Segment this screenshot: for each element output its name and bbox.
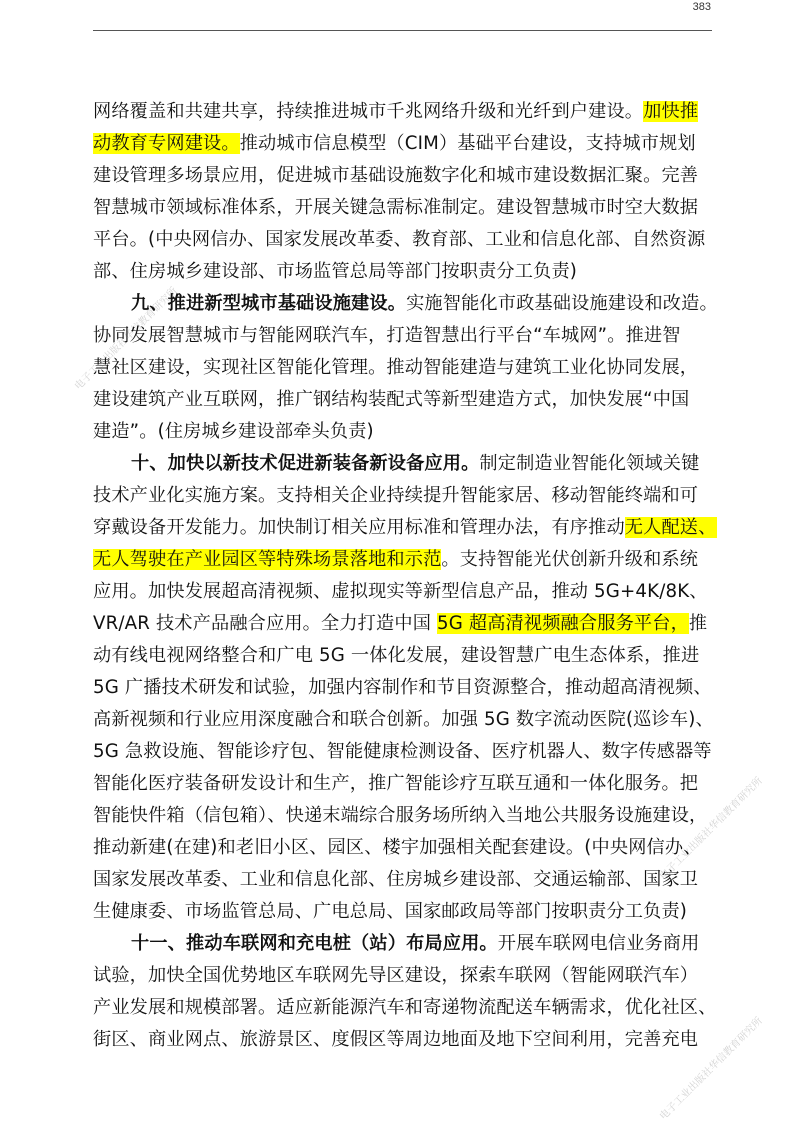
text-line: 动教育专网建设。推动城市信息模型（CIM）基础平台建设，支持城市规划 [93, 128, 717, 160]
text-line: 产业发展和规模部署。适应新能源汽车和寄递物流配送车辆需求，优化社区、 [93, 992, 717, 1024]
text-line: VR/AR 技术产品融合应用。全力打造中国 5G 超高清视频融合服务平台，推 [93, 608, 717, 640]
body-text: 高新视频和行业应用深度融合和联合创新。加强 5G 数字流动医院(巡诊车)、 [93, 709, 714, 730]
text-line: 推动新建(在建)和老旧小区、园区、楼宇加强相关配套建设。(中央网信办、 [93, 832, 717, 864]
text-line: 国家发展改革委、工业和信息化部、住房城乡建设部、交通运输部、国家卫 [93, 864, 717, 896]
text-line: 建设管理多场景应用，促进城市基础设施数字化和城市建设数据汇聚。完善 [93, 160, 717, 192]
body-text: 5G 广播技术研发和试验，加强内容制作和节目资源整合，推动超高清视频、 [93, 677, 712, 698]
body-text: 应用。加快发展超高清视频、虚拟现实等新型信息产品，推动 5G+4K/8K、 [93, 581, 708, 602]
text-line: 穿戴设备开发能力。加快制订相关应用标准和管理办法，有序推动无人配送、 [93, 512, 717, 544]
section-heading: 十一、推动车联网和充电桩（站）布局应用。 [131, 933, 498, 954]
body-text: 实施智能化市政基础设施建设和改造。 [406, 293, 718, 314]
text-line: 协同发展智慧城市与智能网联汽车，打造智慧出行平台“车城网”。推进智 [93, 320, 717, 352]
body-text: 智能化医疗装备研发设计和生产，推广智能诊疗互联互通和一体化服务。把 [93, 773, 698, 794]
body-text: 街区、商业网点、旅游景区、度假区等周边地面及地下空间利用，完善充电 [93, 1029, 698, 1050]
text-line: 动有线电视网络整合和广电 5G 一体化发展，建设智慧广电生态体系，推进 [93, 640, 717, 672]
text-line: 网络覆盖和共建共享，持续推进城市千兆网络升级和光纤到户建设。加快推 [93, 96, 717, 128]
body-text: 生健康委、市场监管总局、广电总局、国家邮政局等部门按职责分工负责) [93, 901, 687, 922]
highlighted-text: 5G 超高清视频融合服务平台， [437, 613, 689, 634]
body-text: 建设建筑产业互联网，推广钢结构装配式等新型建造方式，加快发展“中国 [93, 389, 689, 410]
text-line: 十一、推动车联网和充电桩（站）布局应用。开展车联网电信业务商用 [93, 928, 717, 960]
highlighted-text: 无人配送、 [625, 517, 717, 538]
text-line: 试验，加快全国优势地区车联网先导区建设，探索车联网（智能网联汽车） [93, 960, 717, 992]
body-text: 。支持智能光伏创新升级和系统 [441, 549, 698, 570]
text-line: 建造”。(住房城乡建设部牵头负责) [93, 416, 717, 448]
text-line: 无人驾驶在产业园区等特殊场景落地和示范。支持智能光伏创新升级和系统 [93, 544, 717, 576]
body-text: 推动新建(在建)和老旧小区、园区、楼宇加强相关配套建设。(中央网信办、 [93, 837, 702, 858]
body-text: 试验，加快全国优势地区车联网先导区建设，探索车联网（智能网联汽车） [93, 965, 698, 986]
body-text: 动有线电视网络整合和广电 5G 一体化发展，建设智慧广电生态体系，推进 [93, 645, 699, 666]
body-text: 产业发展和规模部署。适应新能源汽车和寄递物流配送车辆需求，优化社区、 [93, 997, 716, 1018]
highlighted-text: 动教育专网建设。 [93, 133, 240, 154]
body-text: 慧社区建设，实现社区智能化管理。推动智能建造与建筑工业化协同发展， [93, 357, 698, 378]
text-line: 平台。(中央网信办、国家发展改革委、教育部、工业和信息化部、自然资源 [93, 224, 717, 256]
section-heading: 九、推进新型城市基础设施建设。 [131, 293, 406, 314]
text-line: 5G 广播技术研发和试验，加强内容制作和节目资源整合，推动超高清视频、 [93, 672, 717, 704]
body-text: 智能快件箱（信包箱）、快递末端综合服务场所纳入当地公共服务设施建设， [93, 805, 707, 826]
text-line: 智能快件箱（信包箱）、快递末端综合服务场所纳入当地公共服务设施建设， [93, 800, 717, 832]
text-line: 技术产业化实施方案。支持相关企业持续提升智能家居、移动智能终端和可 [93, 480, 717, 512]
body-text: 建造”。(住房城乡建设部牵头负责) [93, 421, 374, 442]
body-text: 协同发展智慧城市与智能网联汽车，打造智慧出行平台“车城网”。推进智 [93, 325, 681, 346]
text-line: 高新视频和行业应用深度融合和联合创新。加强 5G 数字流动医院(巡诊车)、 [93, 704, 717, 736]
text-line: 生健康委、市场监管总局、广电总局、国家邮政局等部门按职责分工负责) [93, 896, 717, 928]
body-text: 穿戴设备开发能力。加快制订相关应用标准和管理办法，有序推动 [93, 517, 625, 538]
text-line: 部、住房城乡建设部、市场监管总局等部门按职责分工负责) [93, 256, 717, 288]
highlighted-text: 加快推 [643, 101, 698, 122]
text-line: 5G 急救设施、智能诊疗包、智能健康检测设备、医疗机器人、数字传感器等 [93, 736, 717, 768]
body-text: 智慧城市领域标准体系，开展关键急需标准制定。建设智慧城市时空大数据 [93, 197, 698, 218]
body-text: VR/AR 技术产品融合应用。全力打造中国 [93, 613, 437, 634]
body-text: 推动城市信息模型（CIM）基础平台建设，支持城市规划 [240, 133, 696, 154]
body-text: 国家发展改革委、工业和信息化部、住房城乡建设部、交通运输部、国家卫 [93, 869, 698, 890]
text-line: 慧社区建设，实现社区智能化管理。推动智能建造与建筑工业化协同发展， [93, 352, 717, 384]
page-number: 383 [693, 1, 711, 13]
text-line: 建设建筑产业互联网，推广钢结构装配式等新型建造方式，加快发展“中国 [93, 384, 717, 416]
text-line: 九、推进新型城市基础设施建设。实施智能化市政基础设施建设和改造。 [93, 288, 717, 320]
body-text: 推 [689, 613, 707, 634]
body-text: 建设管理多场景应用，促进城市基础设施数字化和城市建设数据汇聚。完善 [93, 165, 698, 186]
body-text: 技术产业化实施方案。支持相关企业持续提升智能家居、移动智能终端和可 [93, 485, 698, 506]
text-line: 应用。加快发展超高清视频、虚拟现实等新型信息产品，推动 5G+4K/8K、 [93, 576, 717, 608]
text-line: 智能化医疗装备研发设计和生产，推广智能诊疗互联互通和一体化服务。把 [93, 768, 717, 800]
body-text: 制定制造业智能化领域关键 [479, 453, 699, 474]
text-line: 智慧城市领域标准体系，开展关键急需标准制定。建设智慧城市时空大数据 [93, 192, 717, 224]
body-text: 平台。(中央网信办、国家发展改革委、教育部、工业和信息化部、自然资源 [93, 229, 705, 250]
document-body: 网络覆盖和共建共享，持续推进城市千兆网络升级和光纤到户建设。加快推动教育专网建设… [93, 96, 717, 1056]
header-rule [93, 30, 712, 31]
section-heading: 十、加快以新技术促进新装备新设备应用。 [131, 453, 479, 474]
body-text: 部、住房城乡建设部、市场监管总局等部门按职责分工负责) [93, 261, 577, 282]
body-text: 网络覆盖和共建共享，持续推进城市千兆网络升级和光纤到户建设。 [93, 101, 643, 122]
text-line: 街区、商业网点、旅游景区、度假区等周边地面及地下空间利用，完善充电 [93, 1024, 717, 1056]
body-text: 开展车联网电信业务商用 [498, 933, 700, 954]
highlighted-text: 无人驾驶在产业园区等特殊场景落地和示范 [93, 549, 441, 570]
text-line: 十、加快以新技术促进新装备新设备应用。制定制造业智能化领域关键 [93, 448, 717, 480]
body-text: 5G 急救设施、智能诊疗包、智能健康检测设备、医疗机器人、数字传感器等 [93, 741, 712, 762]
